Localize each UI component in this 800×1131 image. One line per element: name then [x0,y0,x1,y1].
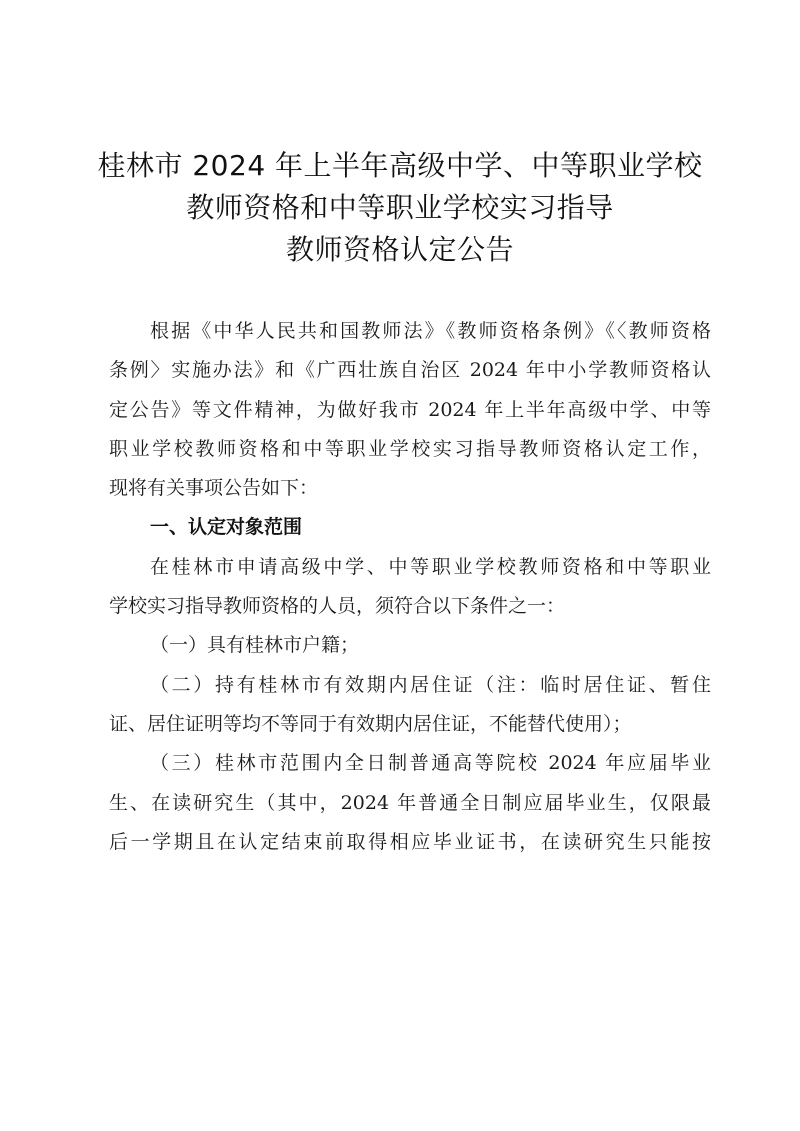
text-line: （一）具有桂林市户籍； [109,626,711,665]
text-line: （三）桂林市范围内全日制普通高等院校 2024 年应届毕业 [109,744,711,783]
title-line-2: 教师资格和中等职业学校实习指导 [0,187,800,229]
title-line-1: 桂林市 2024 年上半年高级中学、中等职业学校 [0,145,800,187]
section-heading: 一、认定对象范围 [109,508,711,547]
document-title: 桂林市 2024 年上半年高级中学、中等职业学校 教师资格和中等职业学校实习指导… [0,145,800,271]
text-line: 在桂林市申请高级中学、中等职业学校教师资格和中等职业 [109,548,711,587]
text-line: 职业学校教师资格和中等职业学校实习指导教师资格认定工作， [109,430,711,469]
text-line: 证、居住证明等均不等同于有效期内居住证，不能替代使用）； [109,705,711,744]
text-line: 条例〉实施办法》和《广西壮族自治区 2024 年中小学教师资格认 [109,351,711,390]
text-line: 现将有关事项公告如下： [109,469,711,508]
paragraph-condition-2: （二）持有桂林市有效期内居住证（注：临时居住证、暂住 证、居住证明等均不等同于有… [109,666,711,745]
text-line: 生、在读研究生（其中，2024 年普通全日制应届毕业生，仅限最 [109,784,711,823]
text-line: 学校实习指导教师资格的人员，须符合以下条件之一： [109,587,711,626]
text-line: 根据《中华人民共和国教师法》《教师资格条例》《〈教师资格 [109,312,711,351]
paragraph-condition-3: （三）桂林市范围内全日制普通高等院校 2024 年应届毕业 生、在读研究生（其中… [109,744,711,862]
paragraph-scope: 在桂林市申请高级中学、中等职业学校教师资格和中等职业 学校实习指导教师资格的人员… [109,548,711,627]
title-line-3: 教师资格认定公告 [0,229,800,271]
section-heading-text: 一、认定对象范围 [109,508,711,547]
text-line: （二）持有桂林市有效期内居住证（注：临时居住证、暂住 [109,666,711,705]
document-page: 桂林市 2024 年上半年高级中学、中等职业学校 教师资格和中等职业学校实习指导… [0,0,800,1131]
text-line: 后一学期且在认定结束前取得相应毕业证书，在读研究生只能按 [109,823,711,862]
paragraph-preamble: 根据《中华人民共和国教师法》《教师资格条例》《〈教师资格 条例〉实施办法》和《广… [109,312,711,508]
text-line: 定公告》等文件精神，为做好我市 2024 年上半年高级中学、中等 [109,391,711,430]
document-body: 根据《中华人民共和国教师法》《教师资格条例》《〈教师资格 条例〉实施办法》和《广… [109,312,711,862]
paragraph-condition-1: （一）具有桂林市户籍； [109,626,711,665]
